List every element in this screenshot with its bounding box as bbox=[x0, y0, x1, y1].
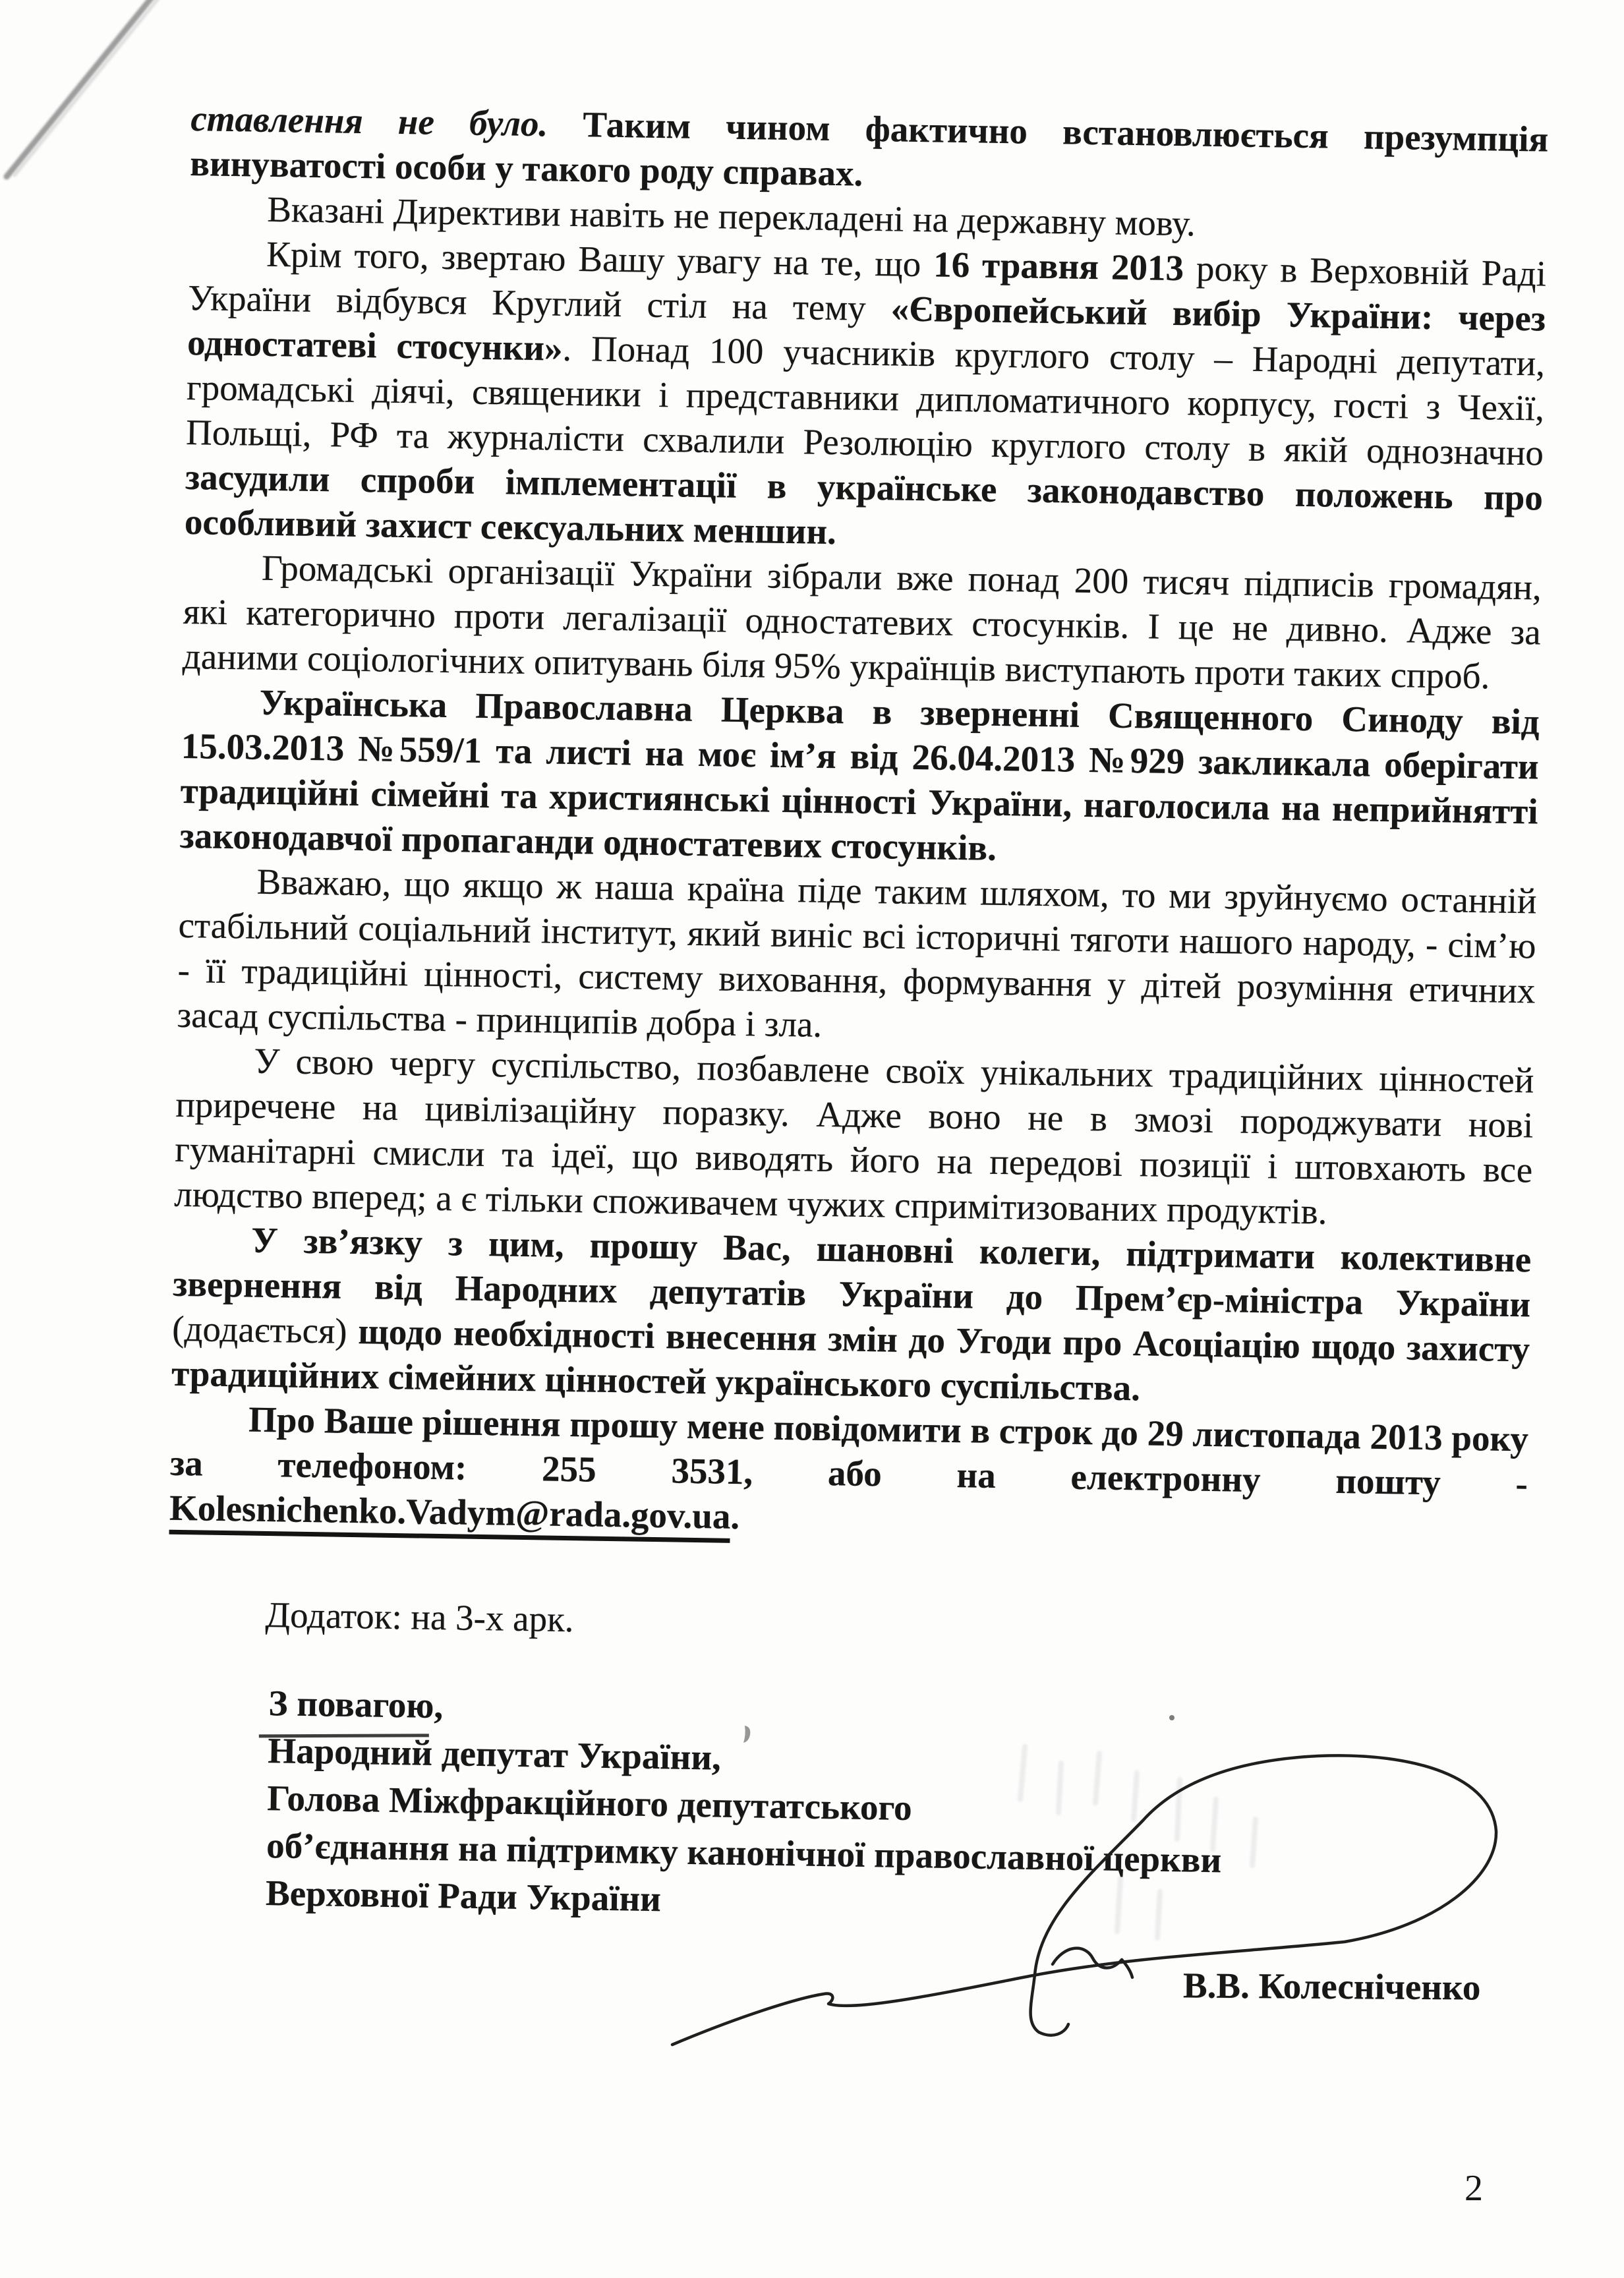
email-underlined: Kolesnichenko.Vadym@rada.gov.ua bbox=[169, 1488, 730, 1543]
text-run: Вважаю, що якщо ж наша країна піде таким… bbox=[177, 862, 1537, 1045]
text-run: . bbox=[730, 1496, 740, 1536]
signer-name: В.В. Колесніченко bbox=[1183, 1964, 1481, 2008]
text-run: Про Ваше рішення прошу мене повідомити в… bbox=[170, 1399, 1529, 1504]
closing-line-text: Голова Міжфракційного депутатського bbox=[267, 1778, 912, 1828]
pen-strike-mark bbox=[259, 1734, 429, 1738]
text-run: 16 травня 2013 bbox=[933, 244, 1184, 288]
signature-flourish-stroke bbox=[1053, 1948, 1132, 1977]
paragraph: У свою чергу суспільство, позбавлене сво… bbox=[174, 1037, 1534, 1238]
paragraph: Крім того, звертаю Вашу увагу на те, що … bbox=[185, 231, 1547, 566]
text-run: Українська Православна Церква в зверненн… bbox=[179, 682, 1540, 868]
text-run: Громадські організації України зібрали в… bbox=[182, 548, 1542, 697]
text-run: ставлення не було. bbox=[190, 98, 548, 144]
attachment-note: Додаток: на 3-х арк. bbox=[265, 1592, 1526, 1656]
text-run: Крім того, звертаю Вашу увагу на те, що bbox=[266, 234, 934, 285]
text-run: щодо необхідності внесення змін до Угоди… bbox=[171, 1311, 1530, 1408]
text-run: (додається) bbox=[172, 1308, 359, 1351]
paragraph: Українська Православна Церква в зверненн… bbox=[179, 679, 1540, 879]
scanned-letter-page: ставлення не було. Таким чином фактично … bbox=[0, 0, 1624, 2278]
closing-line-text: Верховної Ради України bbox=[266, 1873, 662, 1919]
closing-block: З повагою, Народний депутат України, Гол… bbox=[266, 1679, 1524, 1936]
paragraph: У зв’язку з цим, прошу Вас, шановні коле… bbox=[171, 1217, 1532, 1417]
text-run: засудили спроби імплементації в українсь… bbox=[185, 457, 1544, 552]
page-number: 2 bbox=[1464, 2167, 1483, 2209]
paragraph: Про Ваше рішення прошу мене повідомити в… bbox=[169, 1396, 1529, 1552]
text-run: У зв’язку з цим, прошу Вас, шановні коле… bbox=[173, 1220, 1532, 1325]
text-run: У свою чергу суспільство, позбавлене сво… bbox=[174, 1041, 1534, 1232]
paragraph: Вважаю, що якщо ж наша країна піде таким… bbox=[177, 858, 1537, 1059]
paragraph: Громадські організації України зібрали в… bbox=[182, 544, 1542, 700]
letter-body: ставлення не було. Таким чином фактично … bbox=[163, 96, 1549, 1936]
fold-line-artifact bbox=[7, 0, 158, 177]
